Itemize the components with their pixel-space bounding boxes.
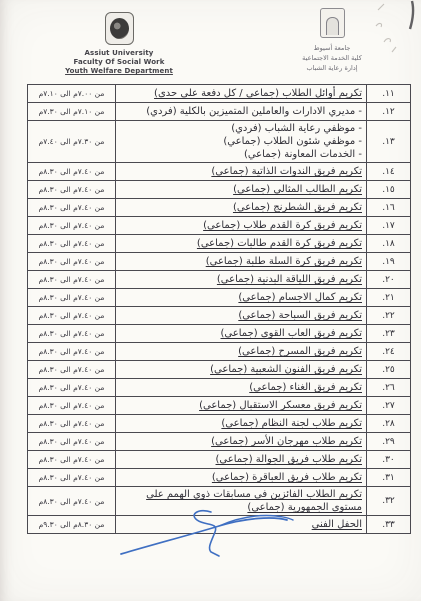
department-name-en: Youth Welfare Department xyxy=(58,67,180,76)
activity-cell: تكريم طلاب فريق الجوالة (جماعي) xyxy=(116,451,367,469)
time-cell: من ٧.٤٠م الى ٨.٣٠م xyxy=(28,199,116,217)
activity-text: تكريم فريق الفنون الشعبية (جماعي) xyxy=(120,363,362,376)
row-number-cell: ١٩. xyxy=(367,253,411,271)
activity-cell: تكريم فريق المسرح (جماعي) xyxy=(116,343,367,361)
time-cell: من ٧.٤٠م الى ٨.٣٠م xyxy=(28,433,116,451)
university-seal-core xyxy=(110,18,129,39)
table-row: ١٦.تكريم فريق الشطرنج (جماعي)من ٧.٤٠م ال… xyxy=(28,199,411,217)
activity-cell: تكريم طلاب فريق العباقرة (جماعي) xyxy=(116,469,367,487)
activity-text: تكريم فريق العاب القوى (جماعي) xyxy=(120,327,362,340)
activity-text: - موظفي رعاية الشباب (فردي) xyxy=(120,122,362,135)
table-row: ١٧.تكريم فريق كرة القدم طلاب (جماعي)من ٧… xyxy=(28,217,411,235)
time-cell: من ٧.٤٠م الى ٨.٣٠م xyxy=(28,163,116,181)
time-cell: من ٧.٤٠م الى ٨.٣٠م xyxy=(28,379,116,397)
activity-cell: - مديري الادارات والعاملين المتميزين بال… xyxy=(116,103,367,121)
faculty-name-en: Faculty Of Social Work xyxy=(58,58,180,67)
table-row: ٢٣.تكريم فريق العاب القوى (جماعي)من ٧.٤٠… xyxy=(28,325,411,343)
activity-cell: تكريم فريق الشطرنج (جماعي) xyxy=(116,199,367,217)
letterhead-left: Assiut University Faculty Of Social Work… xyxy=(58,12,180,76)
activity-text: تكريم فريق السباحة (جماعي) xyxy=(120,309,362,322)
table-row: ١٥.تكريم الطالب المثالي (جماعي)من ٧.٤٠م … xyxy=(28,181,411,199)
time-cell: من ٧.٤٠م الى ٨.٣٠م xyxy=(28,469,116,487)
time-cell: من ٨.٣٠م الى ٩.٣٠م xyxy=(28,516,116,534)
table-row: ٢٤.تكريم فريق المسرح (جماعي)من ٧.٤٠م الى… xyxy=(28,343,411,361)
time-cell: من ٧.٤٠م الى ٨.٣٠م xyxy=(28,325,116,343)
time-cell: من ٧.٤٠م الى ٨.٣٠م xyxy=(28,415,116,433)
activity-cell: تكريم فريق كرة القدم طالبات (جماعي) xyxy=(116,235,367,253)
time-cell: من ٧.٤٠م الى ٨.٣٠م xyxy=(28,253,116,271)
table-row: ١٣.- موظفي رعاية الشباب (فردي)- موظفي شئ… xyxy=(28,121,411,163)
time-cell: من ٧.٤٠م الى ٨.٣٠م xyxy=(28,307,116,325)
activity-cell: تكريم فريق اللياقة البدنية (جماعي) xyxy=(116,271,367,289)
activity-text: تكريم فريق المسرح (جماعي) xyxy=(120,345,362,358)
scanned-document-page: Assiut University Faculty Of Social Work… xyxy=(0,0,421,601)
university-name-ar: جامعة أسيوط xyxy=(293,43,371,53)
activity-text: تكريم طلاب مهرجان الأسر (جماعي) xyxy=(120,435,362,448)
time-cell: من ٧.٣٠م الى ٧.٤٠م xyxy=(28,121,116,163)
pen-mark xyxy=(368,0,421,58)
activity-cell: تكريم طلاب لجنة النظام (جماعي) xyxy=(116,415,367,433)
row-number-cell: ١٢. xyxy=(367,103,411,121)
time-cell: من ٧.٤٠م الى ٨.٣٠م xyxy=(28,271,116,289)
row-number-cell: ٣٢. xyxy=(367,487,411,516)
department-name-ar: إدارة رعاية الشباب xyxy=(293,63,371,73)
table-row: ٢٨.تكريم طلاب لجنة النظام (جماعي)من ٧.٤٠… xyxy=(28,415,411,433)
activity-cell: تكريم طلاب مهرجان الأسر (جماعي) xyxy=(116,433,367,451)
activity-text: تكريم فريق الندوات الذاتية (جماعي) xyxy=(120,165,362,178)
university-seal-logo xyxy=(105,12,134,45)
row-number-cell: ٣٣. xyxy=(367,516,411,534)
row-number-cell: ٢٥. xyxy=(367,361,411,379)
row-number-cell: ١٣. xyxy=(367,121,411,163)
table-row: ٢٠.تكريم فريق اللياقة البدنية (جماعي)من … xyxy=(28,271,411,289)
faculty-emblem-logo xyxy=(320,8,345,38)
time-cell: من ٧.٤٠م الى ٨.٣٠م xyxy=(28,487,116,516)
time-cell: من ٧.٤٠م الى ٨.٣٠م xyxy=(28,451,116,469)
activity-text: تكريم فريق معسكر الاستقبال (جماعي) xyxy=(120,399,362,412)
activity-cell: تكريم فريق معسكر الاستقبال (جماعي) xyxy=(116,397,367,415)
row-number-cell: ١٥. xyxy=(367,181,411,199)
activity-text: تكريم أوائل الطلاب (جماعي / كل دفعة على … xyxy=(120,87,362,100)
activity-cell: تكريم فريق العاب القوى (جماعي) xyxy=(116,325,367,343)
handwritten-signature xyxy=(115,500,315,562)
time-cell: من ٧.٠٠م الى ٧.١٠م xyxy=(28,85,116,103)
activity-cell: تكريم فريق كرة القدم طلاب (جماعي) xyxy=(116,217,367,235)
time-cell: من ٧.٤٠م الى ٨.٣٠م xyxy=(28,361,116,379)
table-row: ١٢.- مديري الادارات والعاملين المتميزين … xyxy=(28,103,411,121)
row-number-cell: ٢٨. xyxy=(367,415,411,433)
activity-cell: تكريم فريق الغناء (جماعي) xyxy=(116,379,367,397)
row-number-cell: ٢٩. xyxy=(367,433,411,451)
faculty-name-ar: كلية الخدمة الاجتماعية xyxy=(293,53,371,63)
activity-text: تكريم طلاب لجنة النظام (جماعي) xyxy=(120,417,362,430)
activity-text: تكريم فريق كرة القدم طلاب (جماعي) xyxy=(120,219,362,232)
table-row: ١٤.تكريم فريق الندوات الذاتية (جماعي)من … xyxy=(28,163,411,181)
letterhead-right: جامعة أسيوط كلية الخدمة الاجتماعية إدارة… xyxy=(293,8,371,73)
activity-text: تكريم الطالب المثالي (جماعي) xyxy=(120,183,362,196)
activity-cell: تكريم فريق كرة السلة طلبة (جماعي) xyxy=(116,253,367,271)
time-cell: من ٧.٤٠م الى ٨.٣٠م xyxy=(28,397,116,415)
table-row: ٣٠.تكريم طلاب فريق الجوالة (جماعي)من ٧.٤… xyxy=(28,451,411,469)
activity-cell: تكريم أوائل الطلاب (جماعي / كل دفعة على … xyxy=(116,85,367,103)
activity-text: تكريم كمال الاجسام (جماعي) xyxy=(120,291,362,304)
activity-text: - موظفي شئون الطلاب (جماعي) xyxy=(120,135,362,148)
activity-text: تكريم فريق الغناء (جماعي) xyxy=(120,381,362,394)
row-number-cell: ٢٤. xyxy=(367,343,411,361)
table-row: ٢٧.تكريم فريق معسكر الاستقبال (جماعي)من … xyxy=(28,397,411,415)
row-number-cell: ٢٣. xyxy=(367,325,411,343)
row-number-cell: ١٨. xyxy=(367,235,411,253)
table-row: ٢٦.تكريم فريق الغناء (جماعي)من ٧.٤٠م الى… xyxy=(28,379,411,397)
activity-text: تكريم فريق الشطرنج (جماعي) xyxy=(120,201,362,214)
university-name-en: Assiut University xyxy=(58,49,180,58)
row-number-cell: ١٧. xyxy=(367,217,411,235)
award-program-table: ١١.تكريم أوائل الطلاب (جماعي / كل دفعة ع… xyxy=(27,84,411,534)
row-number-cell: ١٤. xyxy=(367,163,411,181)
time-cell: من ٧.٤٠م الى ٨.٣٠م xyxy=(28,217,116,235)
activity-cell: تكريم فريق الفنون الشعبية (جماعي) xyxy=(116,361,367,379)
row-number-cell: ٢٦. xyxy=(367,379,411,397)
table-row: ١٩.تكريم فريق كرة السلة طلبة (جماعي)من ٧… xyxy=(28,253,411,271)
activity-text: تكريم طلاب فريق العباقرة (جماعي) xyxy=(120,471,362,484)
table-row: ٢٢.تكريم فريق السباحة (جماعي)من ٧.٤٠م ال… xyxy=(28,307,411,325)
activity-cell: تكريم فريق الندوات الذاتية (جماعي) xyxy=(116,163,367,181)
time-cell: من ٧.١٠م الى ٧.٣٠م xyxy=(28,103,116,121)
row-number-cell: ٢٧. xyxy=(367,397,411,415)
row-number-cell: ٢٠. xyxy=(367,271,411,289)
time-cell: من ٧.٤٠م الى ٨.٣٠م xyxy=(28,343,116,361)
row-number-cell: ٣١. xyxy=(367,469,411,487)
row-number-cell: ٢١. xyxy=(367,289,411,307)
table-row: ٣١.تكريم طلاب فريق العباقرة (جماعي)من ٧.… xyxy=(28,469,411,487)
table-row: ٢٩.تكريم طلاب مهرجان الأسر (جماعي)من ٧.٤… xyxy=(28,433,411,451)
activity-text: تكريم فريق اللياقة البدنية (جماعي) xyxy=(120,273,362,286)
time-cell: من ٧.٤٠م الى ٨.٣٠م xyxy=(28,289,116,307)
activity-text: تكريم فريق كرة القدم طالبات (جماعي) xyxy=(120,237,362,250)
row-number-cell: ١١. xyxy=(367,85,411,103)
row-number-cell: ٢٢. xyxy=(367,307,411,325)
activity-cell: تكريم الطالب المثالي (جماعي) xyxy=(116,181,367,199)
table-row: ١١.تكريم أوائل الطلاب (جماعي / كل دفعة ع… xyxy=(28,85,411,103)
activity-text: - الخدمات المعاونة (جماعي) xyxy=(120,148,362,161)
activity-cell: تكريم كمال الاجسام (جماعي) xyxy=(116,289,367,307)
row-number-cell: ١٦. xyxy=(367,199,411,217)
activity-text: تكريم طلاب فريق الجوالة (جماعي) xyxy=(120,453,362,466)
table-row: ٢٥.تكريم فريق الفنون الشعبية (جماعي)من ٧… xyxy=(28,361,411,379)
activity-text: - مديري الادارات والعاملين المتميزين بال… xyxy=(120,105,362,118)
time-cell: من ٧.٤٠م الى ٨.٣٠م xyxy=(28,235,116,253)
row-number-cell: ٣٠. xyxy=(367,451,411,469)
table-row: ٢١.تكريم كمال الاجسام (جماعي)من ٧.٤٠م ال… xyxy=(28,289,411,307)
activity-cell: تكريم فريق السباحة (جماعي) xyxy=(116,307,367,325)
time-cell: من ٧.٤٠م الى ٨.٣٠م xyxy=(28,181,116,199)
activity-text: تكريم فريق كرة السلة طلبة (جماعي) xyxy=(120,255,362,268)
emblem-arch-shape xyxy=(326,17,339,35)
activity-cell: - موظفي رعاية الشباب (فردي)- موظفي شئون … xyxy=(116,121,367,163)
table-row: ١٨.تكريم فريق كرة القدم طالبات (جماعي)من… xyxy=(28,235,411,253)
